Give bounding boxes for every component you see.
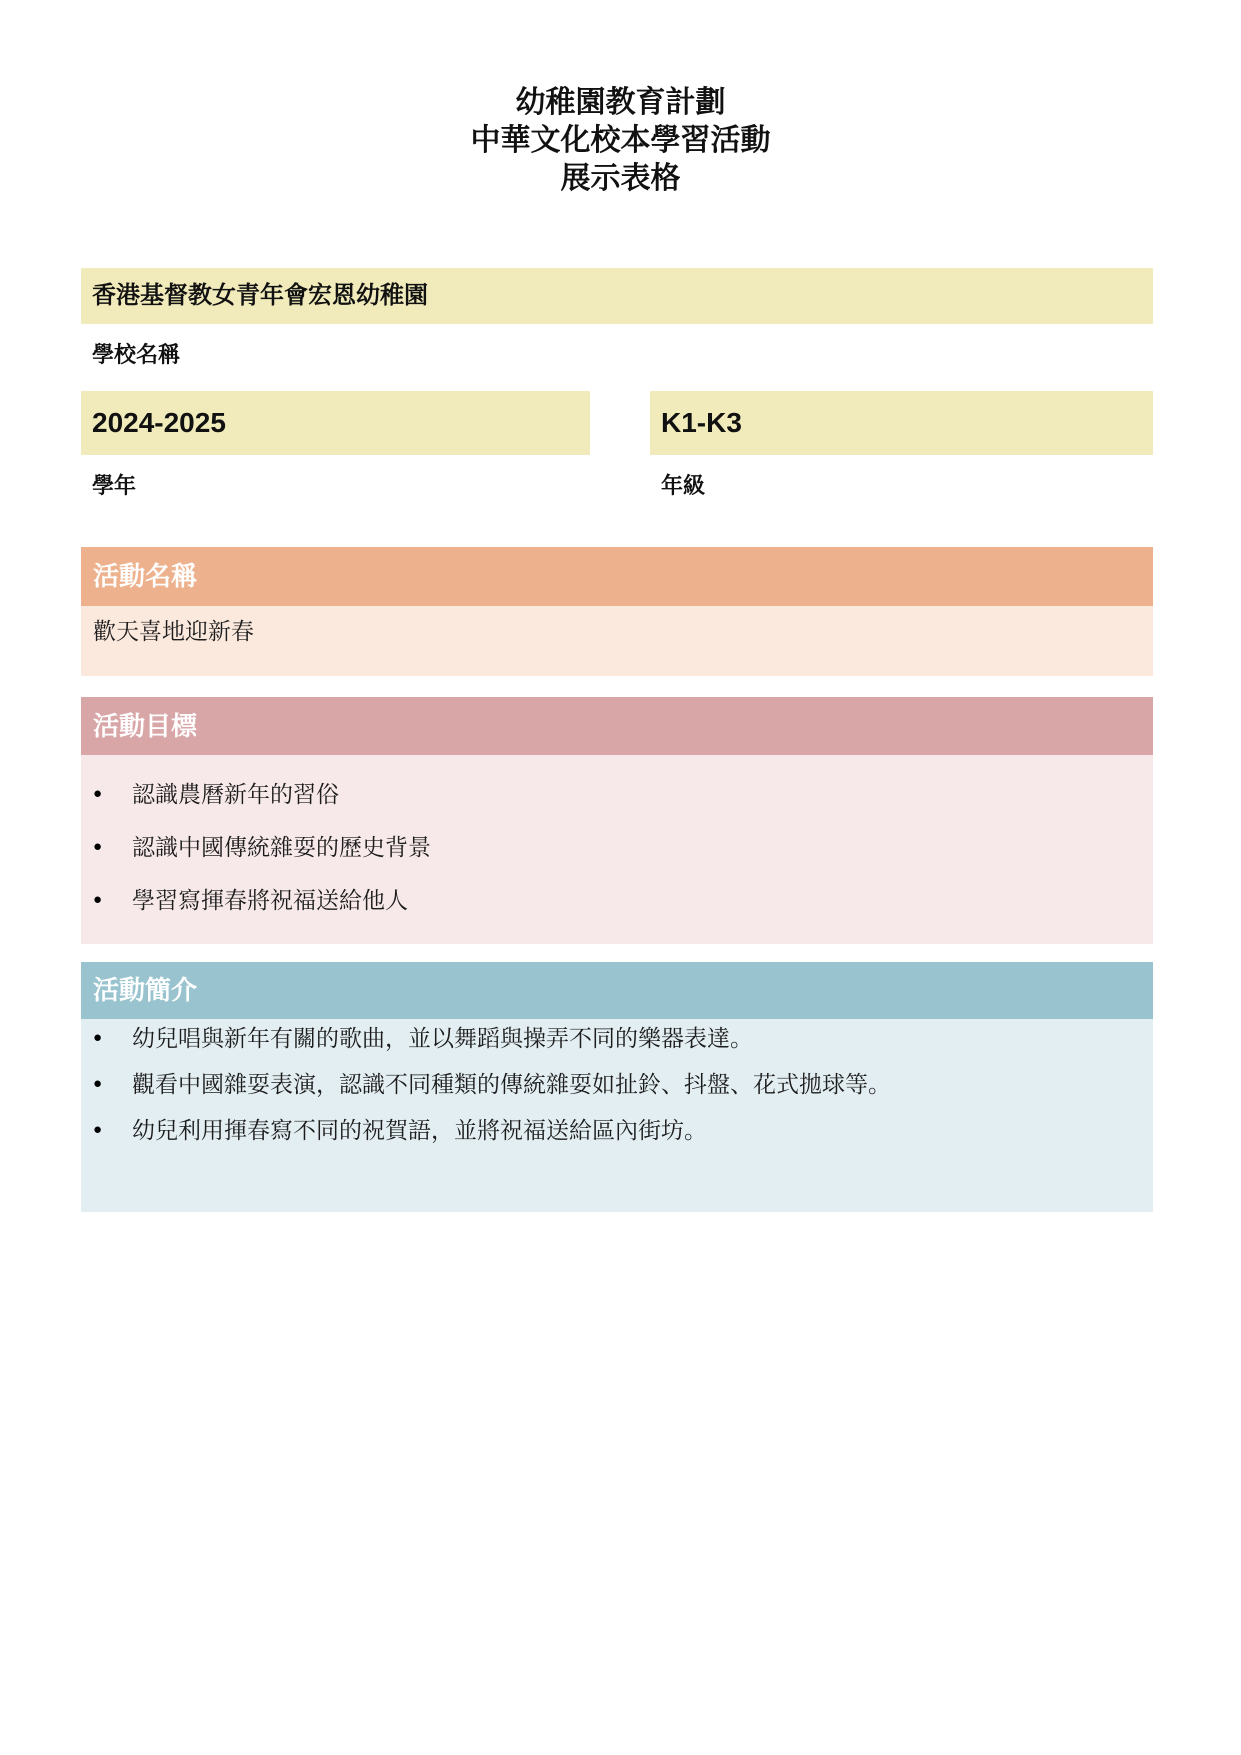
goal-item-text: 認識中國傳統雜耍的歷史背景 <box>132 832 1141 862</box>
school-year-column: 2024-2025 學年 <box>81 391 590 500</box>
document-page: 幼稚園教育計劃 中華文化校本學習活動 展示表格 香港基督教女青年會宏恩幼稚園 學… <box>0 0 1241 1755</box>
grade-column: K1-K3 年級 <box>650 391 1153 500</box>
bullet-icon: ● <box>93 832 132 862</box>
document-title: 幼稚園教育計劃 中華文化校本學習活動 展示表格 <box>0 0 1241 198</box>
goal-item: ● 學習寫揮春將祝福送給他人 <box>93 885 1141 915</box>
section-activity-intro-header: 活動簡介 <box>81 962 1153 1019</box>
grade-label: 年級 <box>650 469 1153 500</box>
section-activity-name-header: 活動名稱 <box>81 547 1153 606</box>
intro-item: ● 幼兒唱與新年有關的歌曲，並以舞蹈與操弄不同的樂器表達。 <box>93 1023 1141 1053</box>
school-year-field: 2024-2025 <box>81 391 590 455</box>
goal-item-text: 學習寫揮春將祝福送給他人 <box>132 885 1141 915</box>
goal-item: ● 認識中國傳統雜耍的歷史背景 <box>93 832 1141 862</box>
intro-item-text: 幼兒唱與新年有關的歌曲，並以舞蹈與操弄不同的樂器表達。 <box>132 1023 1141 1053</box>
bullet-icon: ● <box>93 885 132 915</box>
intro-item: ● 觀看中國雜耍表演，認識不同種類的傳統雜耍如扯鈴、抖盤、花式拋球等。 <box>93 1069 1141 1099</box>
title-line-1: 幼稚園教育計劃 <box>0 84 1241 122</box>
intro-item-text: 觀看中國雜耍表演，認識不同種類的傳統雜耍如扯鈴、抖盤、花式拋球等。 <box>132 1069 1141 1099</box>
bullet-icon: ● <box>93 1115 132 1145</box>
form-content: 香港基督教女青年會宏恩幼稚園 學校名稱 2024-2025 學年 K1-K3 年… <box>81 268 1153 1212</box>
activity-name-text: 歡天喜地迎新春 <box>93 615 1141 647</box>
school-name-field: 香港基督教女青年會宏恩幼稚園 <box>81 268 1153 324</box>
section-activity-name: 活動名稱 歡天喜地迎新春 <box>81 547 1153 676</box>
school-year-label: 學年 <box>81 469 590 500</box>
title-line-2: 中華文化校本學習活動 <box>0 122 1241 160</box>
goal-item-text: 認識農曆新年的習俗 <box>132 779 1141 809</box>
bullet-icon: ● <box>93 779 132 809</box>
section-activity-intro: 活動簡介 ● 幼兒唱與新年有關的歌曲，並以舞蹈與操弄不同的樂器表達。 ● 觀看中… <box>81 962 1153 1212</box>
title-line-3: 展示表格 <box>0 160 1241 198</box>
year-grade-row: 2024-2025 學年 K1-K3 年級 <box>81 391 1153 500</box>
grade-field: K1-K3 <box>650 391 1153 455</box>
section-activity-name-body: 歡天喜地迎新春 <box>81 606 1153 676</box>
section-activity-goals: 活動目標 ● 認識農曆新年的習俗 ● 認識中國傳統雜耍的歷史背景 ● 學習寫揮春… <box>81 697 1153 944</box>
goal-item: ● 認識農曆新年的習俗 <box>93 779 1141 809</box>
section-activity-goals-body: ● 認識農曆新年的習俗 ● 認識中國傳統雜耍的歷史背景 ● 學習寫揮春將祝福送給… <box>81 755 1153 944</box>
bullet-icon: ● <box>93 1069 132 1099</box>
column-gap <box>590 391 650 500</box>
section-activity-goals-header: 活動目標 <box>81 697 1153 755</box>
bullet-icon: ● <box>93 1023 132 1053</box>
section-activity-intro-body: ● 幼兒唱與新年有關的歌曲，並以舞蹈與操弄不同的樂器表達。 ● 觀看中國雜耍表演… <box>81 1019 1153 1212</box>
school-name-label: 學校名稱 <box>81 338 1153 369</box>
intro-item: ● 幼兒利用揮春寫不同的祝賀語，並將祝福送給區內街坊。 <box>93 1115 1141 1145</box>
intro-item-text: 幼兒利用揮春寫不同的祝賀語，並將祝福送給區內街坊。 <box>132 1115 1141 1145</box>
